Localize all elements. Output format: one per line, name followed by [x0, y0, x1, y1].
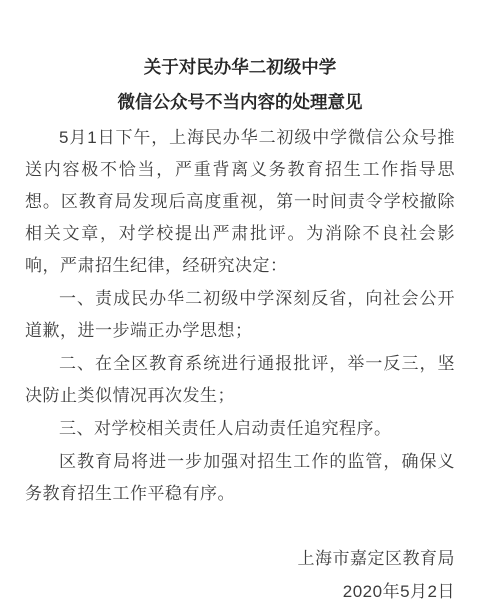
title-line-2: 微信公众号不当内容的处理意见: [25, 85, 455, 120]
notice-document: 关于对民办华二初级中学 微信公众号不当内容的处理意见 5月1日下午，上海民办华二…: [0, 0, 477, 600]
title-line-1: 关于对民办华二初级中学: [25, 50, 455, 85]
closing-paragraph: 区教育局将进一步加强对招生工作的监管，确保义务教育招生工作平稳有序。: [25, 446, 455, 510]
intro-paragraph: 5月1日下午，上海民办华二初级中学微信公众号推送内容极不恰当，严重背离义务教育招…: [25, 122, 455, 282]
decision-item-3: 三、对学校相关责任人启动责任追究程序。: [25, 413, 455, 445]
document-body: 5月1日下午，上海民办华二初级中学微信公众号推送内容极不恰当，严重背离义务教育招…: [25, 122, 455, 510]
issuing-authority: 上海市嘉定区教育局: [25, 542, 455, 575]
issue-date: 2020年5月2日: [25, 575, 455, 600]
decision-item-2: 二、在全区教育系统进行通报批评，举一反三，坚决防止类似情况再次发生；: [25, 348, 455, 412]
signature-block: 上海市嘉定区教育局 2020年5月2日: [25, 542, 455, 600]
document-title: 关于对民办华二初级中学 微信公众号不当内容的处理意见: [25, 50, 455, 120]
decision-item-1: 一、责成民办华二初级中学深刻反省，向社会公开道歉，进一步端正办学思想；: [25, 283, 455, 347]
